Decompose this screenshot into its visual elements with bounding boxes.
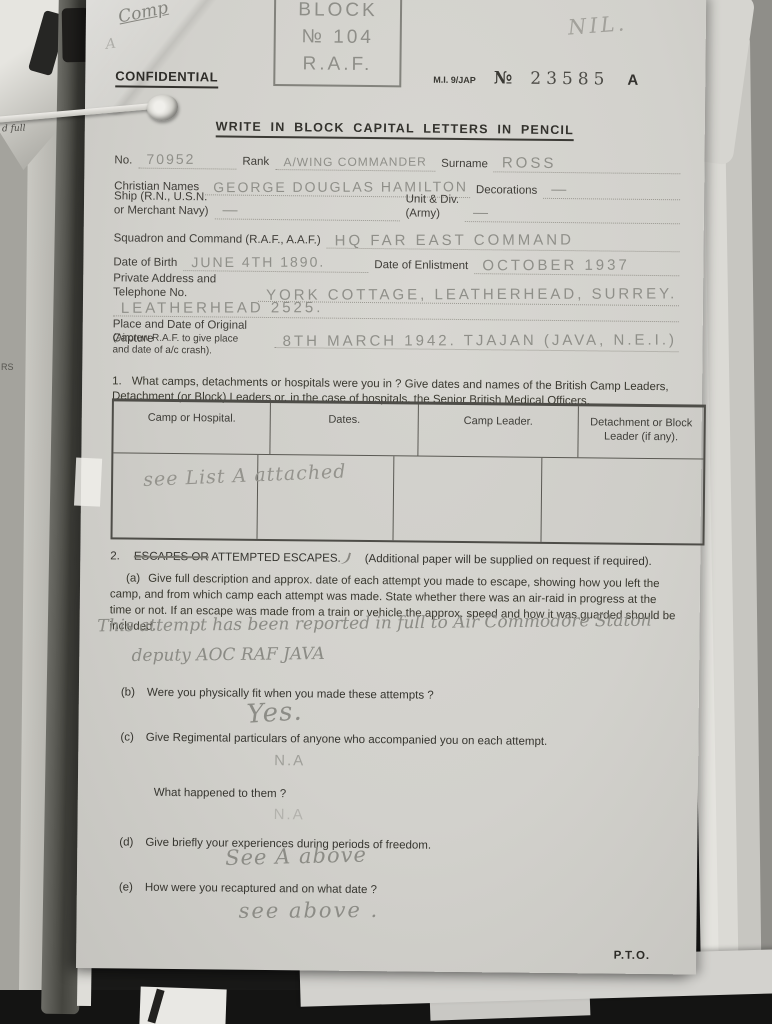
date-of-birth-field: JUNE 4TH 1890. — [183, 251, 368, 273]
date-of-birth-value: JUNE 4TH 1890. — [191, 254, 325, 270]
enlistment-label: Date of Enlistment — [374, 259, 468, 274]
instruction-heading: WRITE IN BLOCK CAPITAL LETTERS IN PENCIL — [85, 116, 705, 142]
question-2e: (e) How were you recaptured and on what … — [119, 881, 673, 899]
enlistment-value: OCTOBER 1937 — [482, 257, 630, 275]
rank-value: A/WING COMMANDER — [283, 155, 426, 170]
no-label: No. — [114, 155, 132, 169]
question-2b-key: (b) — [121, 686, 135, 698]
stamp-line-raf: R.A.F. — [275, 50, 399, 78]
header-camp-or-hospital: Camp or Hospital. — [113, 401, 270, 453]
unit-value: — — [473, 204, 488, 221]
surname-label: Surname — [441, 158, 488, 172]
pencil-mark — [340, 551, 352, 566]
left-paper-text-fragment-2: RS — [1, 362, 14, 372]
enlistment-field: OCTOBER 1937 — [474, 254, 679, 276]
question-2-struck-text: ESCAPES OR — [134, 551, 209, 564]
answer-2a: This attempt has been reported in full t… — [97, 606, 690, 672]
serial-letter: A — [627, 72, 639, 89]
cell-detachment — [541, 457, 703, 543]
surname-field: ROSS — [494, 152, 681, 174]
question-1-number: 1. — [112, 375, 122, 387]
answer-2b: Yes. — [246, 696, 304, 729]
question-2d: (d) Give briefly your experiences during… — [119, 836, 673, 854]
row-number-rank-surname: No. 70952 Rank A/WING COMMANDER Surname … — [114, 148, 680, 174]
header-detachment-leader: Detachment or Block Leader (if any). — [578, 406, 704, 458]
squadron-field: HQ FAR EAST COMMAND — [327, 229, 680, 253]
question-2c-key: (c) — [120, 731, 134, 743]
serial-number: 23585 — [530, 69, 609, 90]
answer-2a-line1: This attempt has been reported in full t… — [97, 611, 651, 637]
cell-leader — [394, 456, 543, 542]
stamp-line-block: BLOCK — [276, 0, 400, 24]
block-number-stamp: BLOCK № 104 R.A.F. — [273, 0, 402, 87]
instruction-text: WRITE IN BLOCK CAPITAL LETTERS IN PENCIL — [216, 119, 575, 141]
rank-field: A/WING COMMANDER — [275, 150, 435, 172]
bottom-torn-paper — [139, 987, 226, 1024]
left-paper-text-fragment: d full — [2, 124, 26, 135]
aircrew-note: (Aircrew R.A.F. to give place and date o… — [112, 332, 238, 357]
question-2a-key: (a) — [126, 573, 140, 585]
question-2-note: (Additional paper will be supplied on re… — [365, 553, 652, 568]
date-of-birth-label: Date of Birth — [113, 257, 177, 271]
stamp-line-number: № 104 — [276, 23, 400, 51]
question-2c-followup-text: What happened to them ? — [154, 787, 286, 800]
question-2c-text: Give Regimental particulars of anyone wh… — [146, 732, 548, 748]
camps-table: Camp or Hospital. Dates. Camp Leader. De… — [110, 398, 705, 545]
address-line2-value: LEATHERHEAD 2525. — [121, 299, 324, 317]
camps-table-header-row: Camp or Hospital. Dates. Camp Leader. De… — [113, 401, 704, 459]
surname-value: ROSS — [502, 154, 557, 172]
squadron-value: HQ FAR EAST COMMAND — [335, 232, 574, 250]
pto-label: P.T.O. — [614, 950, 651, 962]
header-dates: Dates. — [270, 403, 419, 455]
mi9-jap-label: M.I. 9/JAP — [433, 75, 476, 85]
answer-2d: See A above — [225, 843, 367, 870]
answer-2e: see above . — [239, 898, 380, 923]
question-2-heading: 2.ESCAPES OR ATTEMPTED ESCAPES.(Addition… — [110, 546, 678, 568]
row-squadron: Squadron and Command (R.A.F., A.A.F.) HQ… — [114, 226, 680, 252]
question-2-heading-text: ATTEMPTED ESCAPES. — [211, 551, 341, 564]
question-2e-text: How were you recaptured and on what date… — [145, 882, 377, 896]
confidential-label: CONFIDENTIAL — [115, 68, 218, 88]
question-2-number: 2. — [110, 550, 120, 562]
ship-value: — — [222, 201, 237, 218]
document-photo: d full RS Comp A BLOCK № 104 R.A.F. NIL.… — [0, 0, 772, 1024]
pow-questionnaire-page: Comp A BLOCK № 104 R.A.F. NIL. CONFIDENT… — [76, 0, 706, 974]
row-ship-unit: Ship (R.N., U.S.N. or Merchant Navy) — U… — [114, 190, 680, 224]
question-2c-followup: What happened to them ? — [154, 787, 674, 804]
answer-2c-followup: N.A — [274, 806, 305, 823]
ship-field: — — [214, 199, 399, 221]
squadron-label: Squadron and Command (R.A.F., A.A.F.) — [114, 233, 321, 249]
no-field: 70952 — [138, 149, 236, 170]
rank-label: Rank — [242, 156, 269, 170]
number-sign: № — [494, 68, 513, 88]
capture-field: 8TH MARCH 1942. TJAJAN (JAVA, N.E.I.) — [274, 328, 679, 352]
unit-field: — — [465, 202, 680, 224]
header-camp-leader: Camp Leader. — [418, 405, 578, 457]
nil-pencil-note: NIL. — [567, 11, 628, 39]
no-value: 70952 — [146, 151, 195, 167]
answer-2a-line2: deputy AOC RAF JAVA — [131, 636, 689, 672]
question-2b: (b) Were you physically fit when you mad… — [121, 686, 675, 704]
file-reference-row: M.I. 9/JAP № 23585 A — [433, 68, 639, 90]
unit-label: Unit & Div. (Army) — [405, 193, 459, 221]
question-2e-key: (e) — [119, 881, 133, 893]
question-2d-key: (d) — [119, 836, 133, 848]
ship-label: Ship (R.N., U.S.N. or Merchant Navy) — [114, 190, 209, 219]
pencil-corner-note-2: A — [105, 36, 117, 53]
tape-mark — [74, 458, 102, 507]
answer-2c: N.A — [274, 752, 305, 769]
question-2c: (c) Give Regimental particulars of anyon… — [120, 731, 674, 749]
capture-value: 8TH MARCH 1942. TJAJAN (JAVA, N.E.I.) — [282, 331, 676, 349]
